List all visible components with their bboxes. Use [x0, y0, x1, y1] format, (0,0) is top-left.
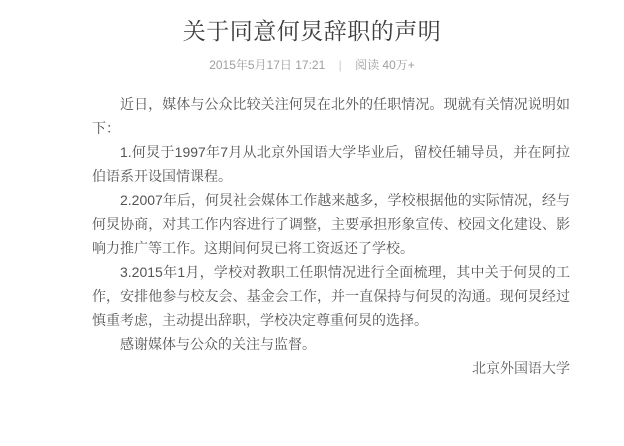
article-meta: 2015年5月17日 17:21 | 阅读 40万+	[0, 58, 624, 72]
article-paragraph: 近日，媒体与公众比较关注何炅在北外的任职情况。现就有关情况说明如下：	[92, 92, 570, 140]
article-paragraph: 3.2015年1月，学校对教职工任职情况进行全面梳理，其中关于何炅的工作，安排他…	[92, 260, 570, 332]
article-body: 近日，媒体与公众比较关注何炅在北外的任职情况。现就有关情况说明如下： 1.何炅于…	[92, 92, 570, 380]
meta-separator: |	[339, 58, 342, 72]
article-paragraph: 感谢媒体与公众的关注与监督。	[92, 332, 570, 356]
article-signature: 北京外国语大学	[92, 356, 570, 380]
article-title: 关于同意何炅辞职的声明	[0, 0, 624, 45]
article-paragraph: 1.何炅于1997年7月从北京外国语大学毕业后，留校任辅导员，并在阿拉伯语系开设…	[92, 140, 570, 188]
read-count: 阅读 40万+	[355, 58, 415, 72]
article-paragraph: 2.2007年后，何炅社会媒体工作越来越多，学校根据他的实际情况，经与何炅协商，…	[92, 188, 570, 260]
publish-date: 2015年5月17日 17:21	[209, 58, 325, 72]
article-page: 关于同意何炅辞职的声明 2015年5月17日 17:21 | 阅读 40万+ 近…	[0, 0, 624, 446]
